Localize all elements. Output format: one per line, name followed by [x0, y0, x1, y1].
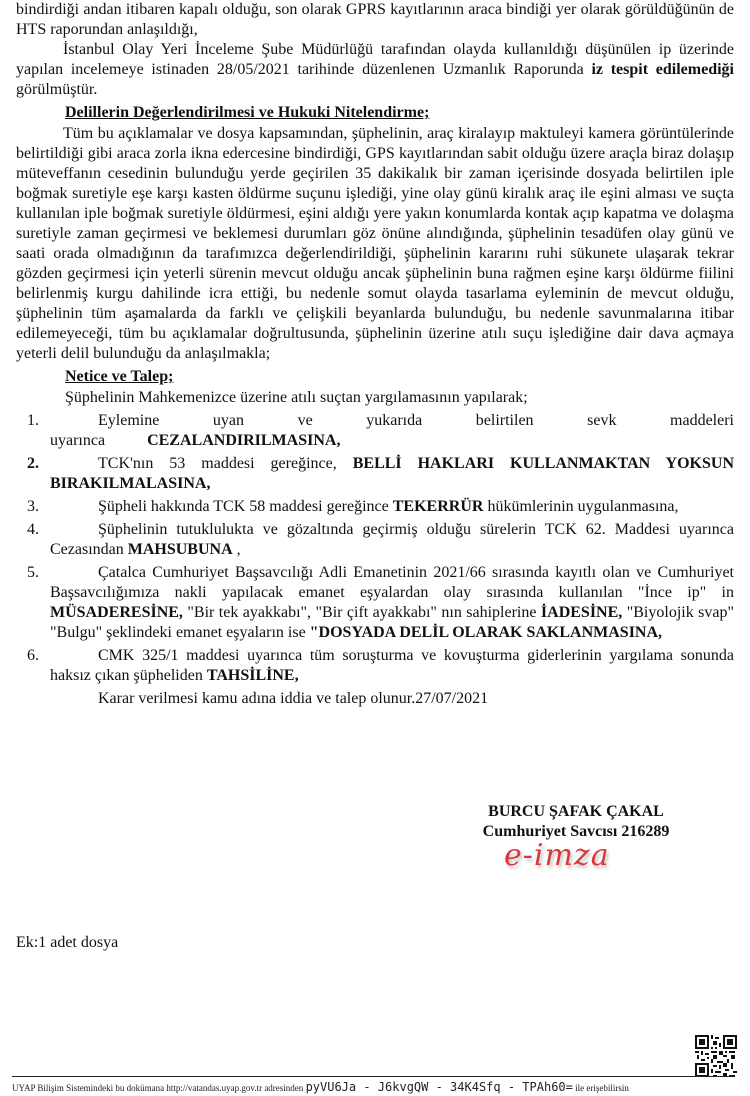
item-emphasis: MÜSADERESİNE,: [50, 604, 183, 621]
footer-divider: [12, 1076, 734, 1077]
item-number: 2.: [27, 454, 39, 474]
item-tail: hükümlerinin uygulanmasına,: [483, 498, 678, 515]
item-emphasis: CEZALANDIRILMASINA,: [147, 432, 340, 449]
item-emphasis: İADESİNE,: [541, 604, 622, 621]
qr-code-icon: [695, 1035, 737, 1077]
heading-deliller: Delillerin Değerlendirilmesi ve Hukuki N…: [65, 103, 734, 123]
signature-block: BURCU ŞAFAK ÇAKAL Cumhuriyet Savcısı 216…: [476, 802, 676, 842]
item-number: 3.: [27, 497, 39, 517]
item-emphasis: "DOSYADA DELİL OLARAK SAKLANMASINA,: [310, 624, 662, 641]
heading-netice: Netice ve Talep;: [65, 367, 734, 387]
item-middle: "Bir tek ayakkabı", "Bir çift ayakkabı" …: [183, 604, 541, 621]
item-text: Eylemine uyan ve yukarıda belirtilen sev…: [50, 411, 734, 451]
closing-statement: Karar verilmesi kamu adına iddia ve tale…: [98, 689, 734, 709]
item-text: Çatalca Cumhuriyet Başsavcılığı Adli Ema…: [50, 563, 734, 643]
item-body: Çatalca Cumhuriyet Başsavcılığı Adli Ema…: [50, 564, 734, 601]
footer-prefix: UYAP Bilişim Sistemindeki bu dokümana ht…: [12, 1083, 306, 1093]
list-item: 3. Şüpheli hakkında TCK 58 maddesi gereğ…: [16, 497, 734, 517]
paragraph-continuation: bindirdiği andan itibaren kapalı olduğu,…: [16, 0, 734, 40]
e-signature-stamp-icon: e-imza: [504, 838, 610, 873]
list-item: 6. CMK 325/1 maddesi uyarınca tüm soruşt…: [16, 646, 734, 686]
item-text: Şüphelinin tutuklulukta ve gözaltında ge…: [50, 520, 734, 560]
list-item: 2. TCK'nın 53 maddesi gereğince, BELLİ H…: [16, 454, 734, 494]
footer-verification: UYAP Bilişim Sistemindeki bu dokümana ht…: [12, 1080, 629, 1094]
item-body: CMK 325/1 maddesi uyarınca tüm soruşturm…: [50, 647, 734, 684]
item-emphasis: MAHSUBUNA: [128, 541, 233, 558]
paragraph-tail: görülmüştür.: [16, 81, 97, 98]
paragraph-inceleme: İstanbul Olay Yeri İnceleme Şube Müdürlü…: [16, 40, 734, 100]
item-number: 4.: [27, 520, 39, 540]
signer-name: BURCU ŞAFAK ÇAKAL: [476, 802, 676, 822]
list-item: 1. Eylemine uyan ve yukarıda belirtilen …: [16, 411, 734, 451]
list-item: 5. Çatalca Cumhuriyet Başsavcılığı Adli …: [16, 563, 734, 643]
item-number: 1.: [27, 411, 39, 431]
emphasis-text: iz tespit edilemediği: [591, 61, 734, 78]
netice-intro: Şüphelinin Mahkemenizce üzerine atılı su…: [65, 388, 734, 408]
item-emphasis: TAHSİLİNE,: [207, 667, 299, 684]
item-text: Şüpheli hakkında TCK 58 maddesi gereğinc…: [50, 497, 734, 517]
list-item: 4. Şüphelinin tutuklulukta ve gözaltında…: [16, 520, 734, 560]
item-text: TCK'nın 53 maddesi gereğince, BELLİ HAKL…: [50, 454, 734, 494]
item-number: 5.: [27, 563, 39, 583]
item-number: 6.: [27, 646, 39, 666]
item-tail: ,: [233, 541, 241, 558]
item-emphasis: TEKERRÜR: [393, 498, 484, 515]
footer-suffix: ile erişebilirsin: [573, 1083, 629, 1093]
verification-code: pyVU6Ja - J6kvgQW - 34K4Sfq - TPAh60=: [306, 1080, 573, 1094]
item-text: CMK 325/1 maddesi uyarınca tüm soruşturm…: [50, 646, 734, 686]
document-body: bindirdiği andan itibaren kapalı olduğu,…: [16, 0, 734, 709]
item-body: TCK'nın 53 maddesi gereğince,: [98, 455, 353, 472]
paragraph-deliller: Tüm bu açıklamalar ve dosya kapsamından,…: [16, 124, 734, 364]
item-body: Şüpheli hakkında TCK 58 maddesi gereğinc…: [98, 498, 393, 515]
attachment-note: Ek:1 adet dosya: [16, 934, 118, 952]
